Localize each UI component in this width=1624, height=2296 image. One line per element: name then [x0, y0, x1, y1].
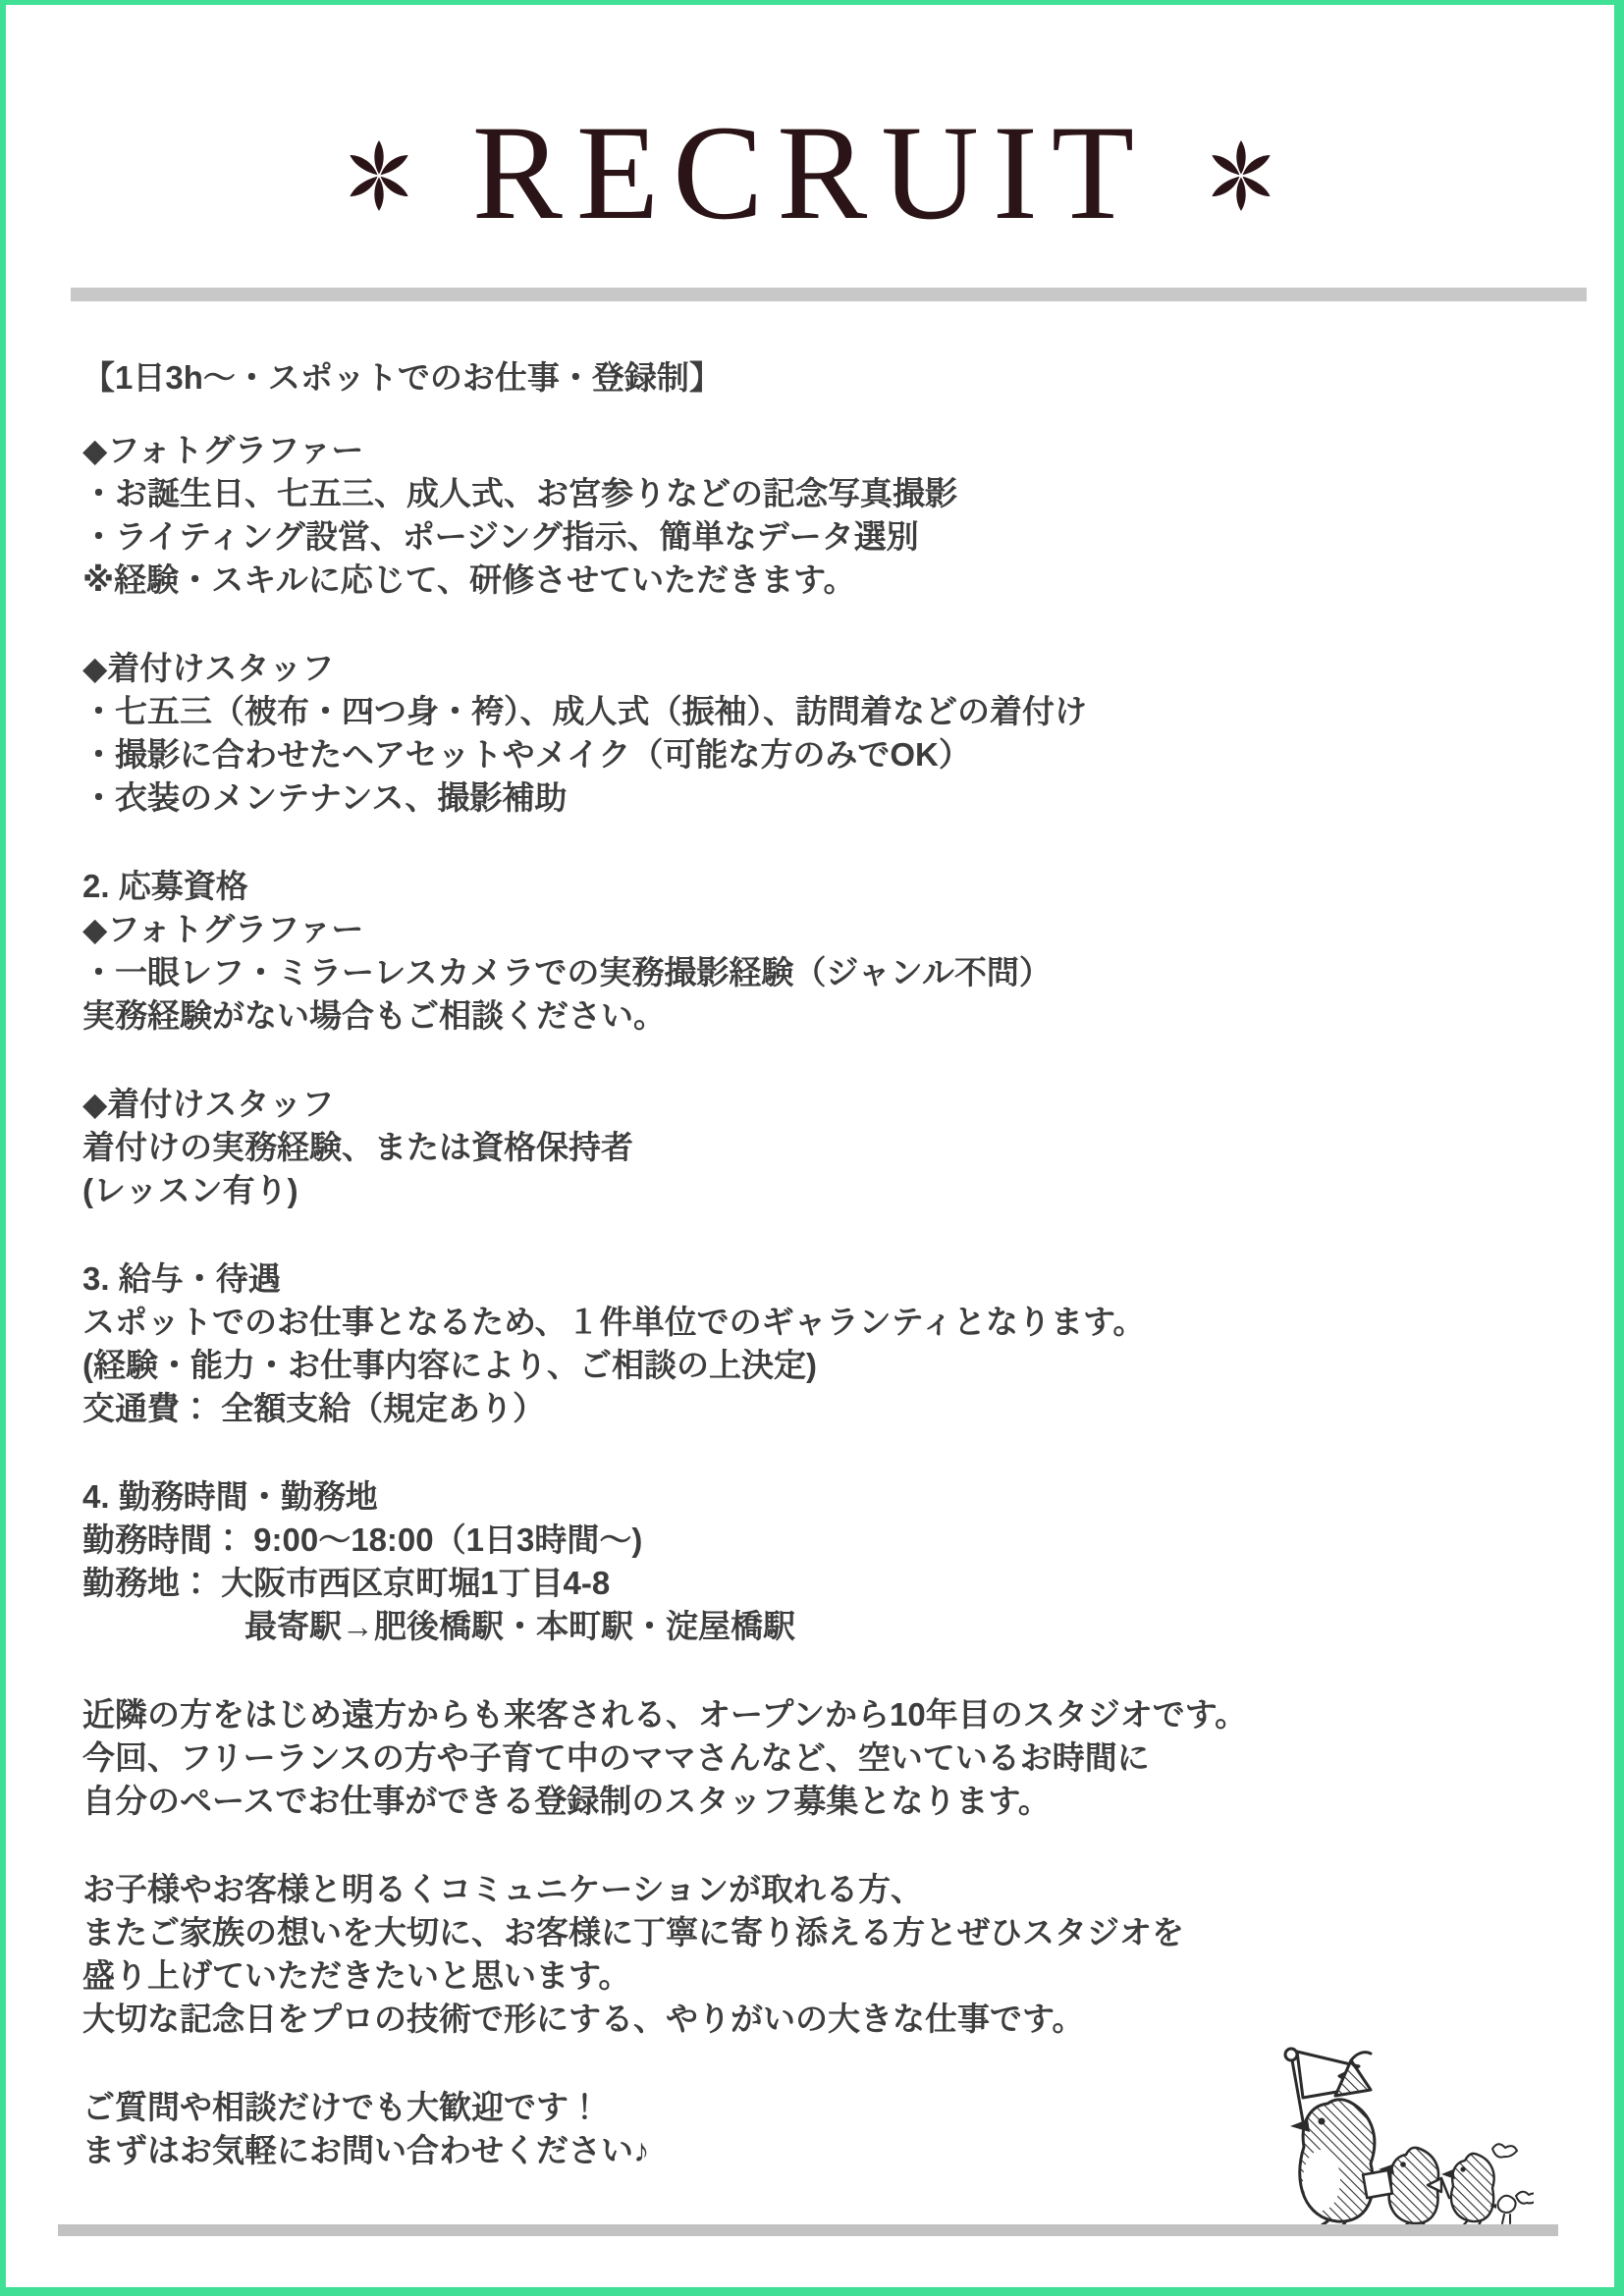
small-birds — [1489, 2144, 1534, 2223]
text-line: またご家族の想いを大切に、お客様に丁寧に寄り添える方とぜひスタジオを — [82, 1911, 1555, 1954]
text-line: 勤務時間： 9:00〜18:00（1日3時間〜) — [82, 1519, 1555, 1562]
penguin-with-card — [1363, 2148, 1438, 2230]
text-line: ・七五三（被布・四つ身・袴）、成人式（振袖）、訪問着などの着付け — [82, 690, 1555, 733]
paragraph: ◆フォトグラファー・お誕生日、七五三、成人式、お宮参りなどの記念写真撮影・ライテ… — [82, 429, 1555, 602]
text-line: 4. 勤務時間・勤務地 — [82, 1475, 1555, 1519]
text-line: お子様やお客様と明るくコミュニケーションが取れる方、 — [82, 1868, 1555, 1911]
text-line: スポットでのお仕事となるため、１件単位でのギャランティとなります。 — [82, 1301, 1555, 1344]
title-divider-bar — [71, 288, 1587, 301]
footer-divider-bar — [58, 2224, 1558, 2236]
paragraph: ◆着付けスタッフ・七五三（被布・四つ身・袴）、成人式（振袖）、訪問着などの着付け… — [82, 647, 1555, 820]
text-line: ・撮影に合わせたヘアセットやメイク（可能な方のみでOK） — [82, 733, 1555, 776]
page-title-text: RECRUIT — [472, 105, 1148, 240]
text-line: ・お誕生日、七五三、成人式、お宮参りなどの記念写真撮影 — [82, 472, 1555, 515]
text-line: (経験・能力・お仕事内容により、ご相談の上決定) — [82, 1344, 1555, 1387]
text-line: ・衣装のメンテナンス、撮影補助 — [82, 776, 1555, 820]
text-line: (レッスン有り) — [82, 1169, 1555, 1212]
text-line: 2. 応募資格 — [82, 865, 1555, 908]
flower-asterisk-right-icon — [1203, 136, 1279, 215]
paragraph: ◆着付けスタッフ着付けの実務経験、または資格保持者(レッスン有り) — [82, 1083, 1555, 1212]
text-line: 大切な記念日をプロの技術で形にする、やりがいの大きな仕事です。 — [82, 1998, 1555, 2041]
penguin-leader — [1285, 2049, 1375, 2230]
text-line: ・ライティング設営、ポージング指示、簡単なデータ選別 — [82, 515, 1555, 559]
paragraph: 3. 給与・待遇スポットでのお仕事となるため、１件単位でのギャランティとなります… — [82, 1257, 1555, 1430]
page-title: RECRUIT — [6, 105, 1614, 240]
text-line: 【1日3h〜・スポットでのお仕事・登録制】 — [82, 356, 1555, 400]
text-line: 近隣の方をはじめ遠方からも来客される、オープンから10年目のスタジオです。 — [82, 1693, 1555, 1736]
text-line: 盛り上げていただきたいと思います。 — [82, 1954, 1555, 1998]
text-line: 着付けの実務経験、または資格保持者 — [82, 1126, 1555, 1169]
text-line: ※経験・スキルに応じて、研修させていただきます。 — [82, 559, 1555, 602]
text-line: 実務経験がない場合もご相談ください。 — [82, 994, 1555, 1038]
text-line: ◆フォトグラファー — [82, 429, 1555, 472]
text-line: 交通費： 全額支給（規定あり） — [82, 1387, 1555, 1430]
text-line: 3. 給与・待遇 — [82, 1257, 1555, 1301]
paragraph: 2. 応募資格◆フォトグラファー・一眼レフ・ミラーレスカメラでの実務撮影経験（ジ… — [82, 865, 1555, 1038]
recruit-poster-page: RECRUIT 【1日3h〜・スポットでのお仕事・登録制】◆フォトグラファー・お… — [0, 0, 1624, 2296]
text-line: 勤務地： 大阪市西区京町堀1丁目4-8 — [82, 1562, 1555, 1605]
paragraph: お子様やお客様と明るくコミュニケーションが取れる方、またご家族の想いを大切に、お… — [82, 1868, 1555, 2041]
text-line: ◆着付けスタッフ — [82, 1083, 1555, 1126]
text-line: 最寄駅→肥後橋駅・本町駅・淀屋橋駅 — [82, 1605, 1555, 1648]
text-line: 今回、フリーランスの方や子育て中のママさんなど、空いているお時間に — [82, 1736, 1555, 1780]
body-text: 【1日3h〜・スポットでのお仕事・登録制】◆フォトグラファー・お誕生日、七五三、… — [82, 356, 1555, 2217]
paragraph: 近隣の方をはじめ遠方からも来客される、オープンから10年目のスタジオです。今回、… — [82, 1693, 1555, 1823]
paragraph: 【1日3h〜・スポットでのお仕事・登録制】 — [82, 356, 1555, 400]
paragraph: 4. 勤務時間・勤務地勤務時間： 9:00〜18:00（1日3時間〜)勤務地： … — [82, 1475, 1555, 1648]
text-line: ◆着付けスタッフ — [82, 647, 1555, 690]
penguin-parade-illustration — [1249, 2039, 1534, 2230]
text-line: ◆フォトグラファー — [82, 908, 1555, 951]
flower-asterisk-left-icon — [341, 136, 417, 215]
text-line: ・一眼レフ・ミラーレスカメラでの実務撮影経験（ジャンル不問） — [82, 951, 1555, 994]
text-line: 自分のペースでお仕事ができる登録制のスタッフ募集となります。 — [82, 1780, 1555, 1823]
